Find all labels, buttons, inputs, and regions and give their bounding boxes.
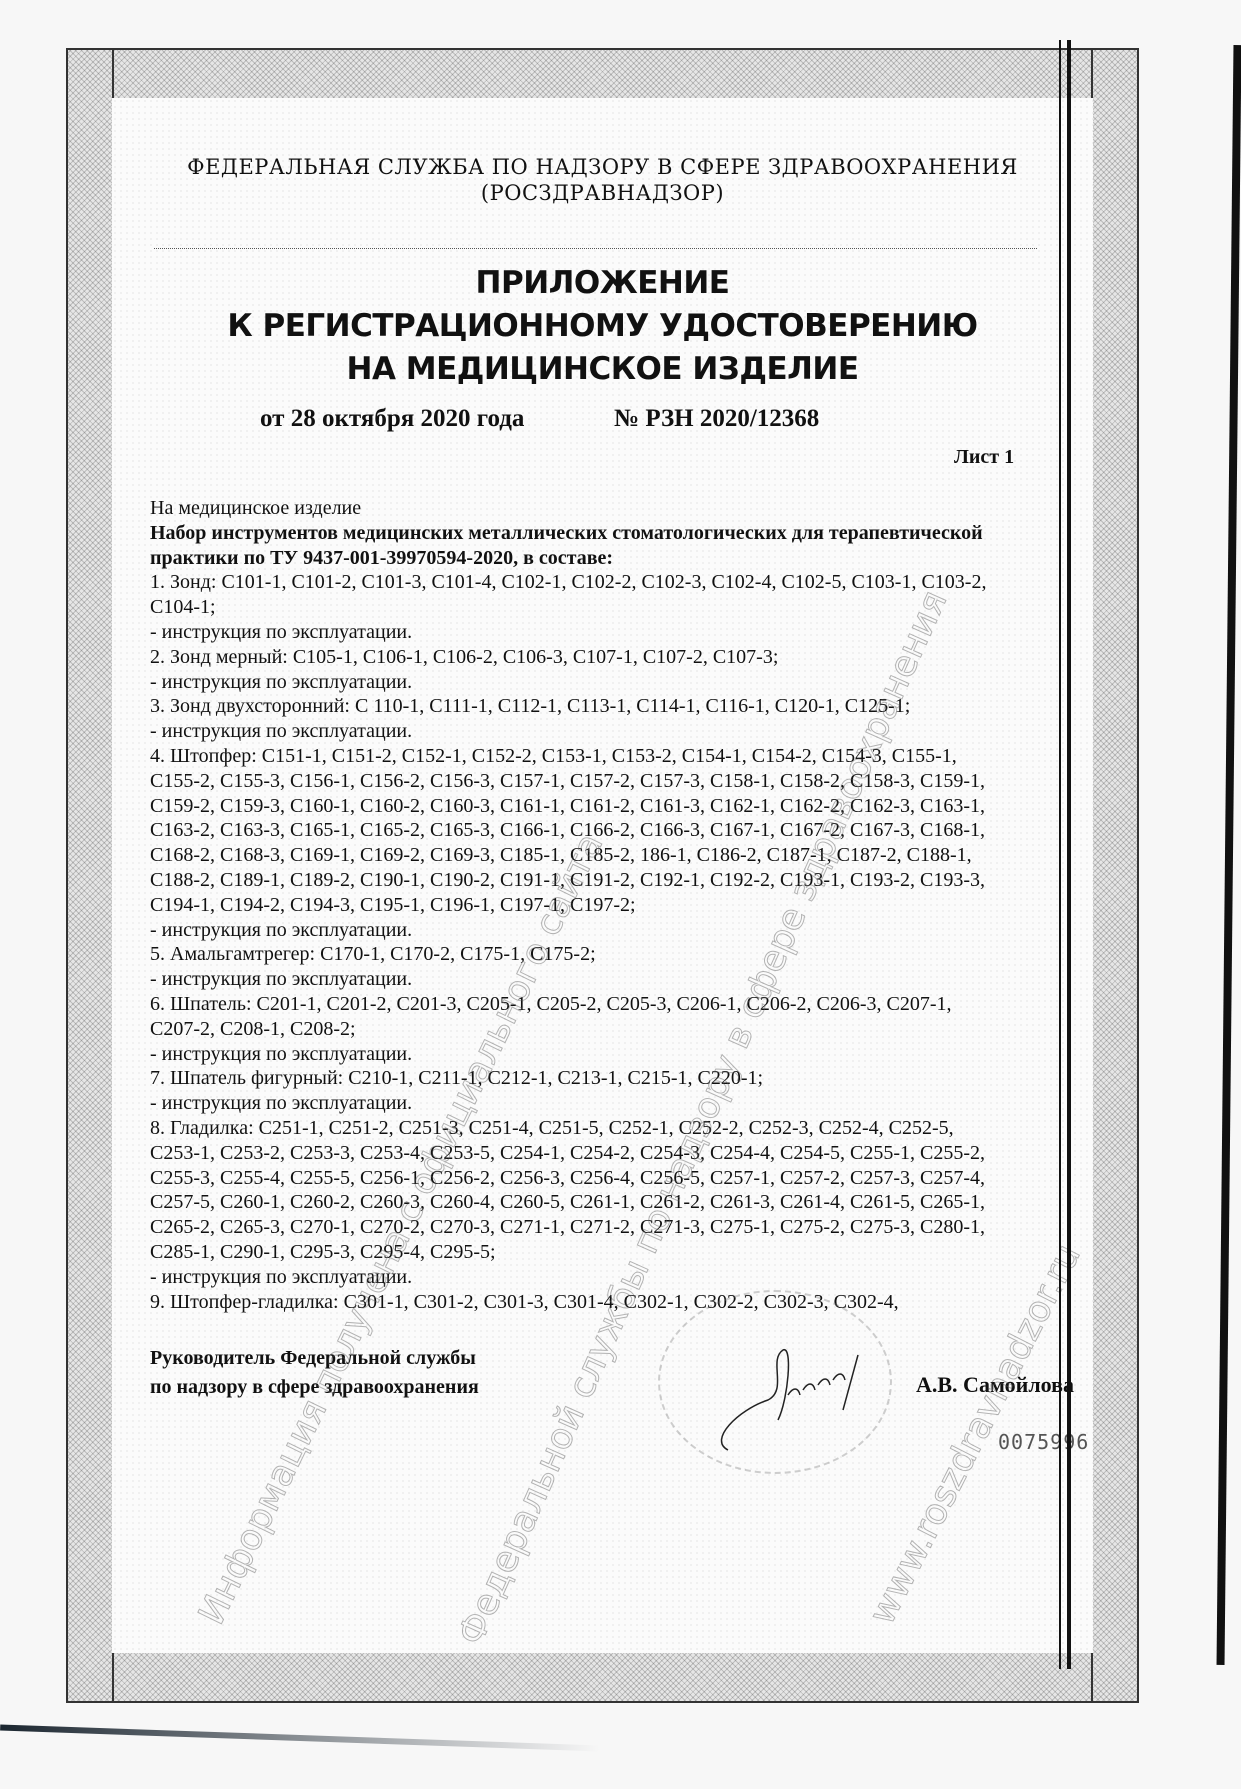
certificate-date: от 28 октября 2020 года	[260, 405, 524, 433]
sheet-number: Лист 1	[954, 446, 1014, 469]
component-label: 7. Шпатель фигурный:	[150, 1067, 343, 1089]
title-line-1: ПРИЛОЖЕНИЕ	[68, 262, 1137, 305]
scan-bottom-shadow	[0, 1725, 600, 1752]
serial-number: 0075996	[998, 1430, 1089, 1454]
component-label: 5. Амальгамтрегер:	[150, 943, 315, 965]
scan-artifact-line	[1059, 40, 1061, 1669]
document-title: ПРИЛОЖЕНИЕ К РЕГИСТРАЦИОННОМУ УДОСТОВЕРЕ…	[68, 262, 1137, 391]
intro-text: На медицинское изделие	[150, 496, 990, 521]
agency-short-name: (РОСЗДРАВНАДЗОР)	[68, 180, 1137, 206]
component-codes: С105-1, С106-1, С106-2, С106-3, С107-1, …	[293, 646, 779, 668]
certificate-number: № РЗН 2020/12368	[614, 405, 819, 433]
component-label: 4. Штопфер:	[150, 745, 257, 767]
product-name: Набор инструментов медицинских металличе…	[150, 521, 990, 571]
certificate-sheet: ФЕДЕРАЛЬНАЯ СЛУЖБА ПО НАДЗОРУ В СФЕРЕ ЗД…	[66, 48, 1139, 1703]
ornamental-border-top	[68, 50, 1137, 100]
component-item: 6. Шпатель: С201-1, С201-2, С201-3, С205…	[150, 992, 990, 1042]
instruction-note: - инструкция по эксплуатации.	[150, 670, 990, 695]
signature-icon	[708, 1340, 878, 1460]
component-item: 9. Штопфер-гладилка: С301-1, С301-2, С30…	[150, 1290, 990, 1315]
agency-name: ФЕДЕРАЛЬНАЯ СЛУЖБА ПО НАДЗОРУ В СФЕРЕ ЗД…	[68, 154, 1137, 180]
component-codes: С251-1, С251-2, С251-3, С251-4, С251-5, …	[150, 1117, 985, 1263]
header-divider	[154, 248, 1037, 249]
title-line-2: К РЕГИСТРАЦИОННОМУ УДОСТОВЕРЕНИЮ	[68, 305, 1137, 348]
instruction-note: - инструкция по эксплуатации.	[150, 620, 990, 645]
scan-edge-shadow	[1217, 45, 1241, 1665]
component-item: 1. Зонд: С101-1, С101-2, С101-3, С101-4,…	[150, 570, 990, 620]
component-item: 8. Гладилка: С251-1, С251-2, С251-3, С25…	[150, 1116, 990, 1265]
component-item: 5. Амальгамтрегер: С170-1, С170-2, С175-…	[150, 942, 990, 967]
title-line-3: НА МЕДИЦИНСКОЕ ИЗДЕЛИЕ	[68, 348, 1137, 391]
component-label: 6. Шпатель:	[150, 993, 252, 1015]
instruction-note: - инструкция по эксплуатации.	[150, 967, 990, 992]
component-label: 2. Зонд мерный:	[150, 646, 288, 668]
component-codes: С101-1, С101-2, С101-3, С101-4, С102-1, …	[150, 571, 986, 618]
scan-artifact-line	[1067, 40, 1071, 1669]
instruction-note: - инструкция по эксплуатации.	[150, 1042, 990, 1067]
component-label: 9. Штопфер-гладилка:	[150, 1291, 339, 1313]
component-label: 3. Зонд двухсторонний:	[150, 695, 350, 717]
agency-header: ФЕДЕРАЛЬНАЯ СЛУЖБА ПО НАДЗОРУ В СФЕРЕ ЗД…	[68, 154, 1137, 206]
component-codes: С201-1, С201-2, С201-3, С205-1, С205-2, …	[150, 993, 952, 1040]
component-list: 1. Зонд: С101-1, С101-2, С101-3, С101-4,…	[150, 570, 990, 1314]
ornamental-border-bottom	[68, 1651, 1137, 1701]
component-item: 2. Зонд мерный: С105-1, С106-1, С106-2, …	[150, 645, 990, 670]
instruction-note: - инструкция по эксплуатации.	[150, 1265, 990, 1290]
component-codes: С 110-1, С111-1, С112-1, С113-1, С114-1,…	[355, 695, 910, 717]
component-label: 1. Зонд:	[150, 571, 216, 593]
instruction-note: - инструкция по эксплуатации.	[150, 1091, 990, 1116]
component-label: 8. Гладилка:	[150, 1117, 254, 1139]
component-item: 7. Шпатель фигурный: С210-1, С211-1, С21…	[150, 1066, 990, 1091]
